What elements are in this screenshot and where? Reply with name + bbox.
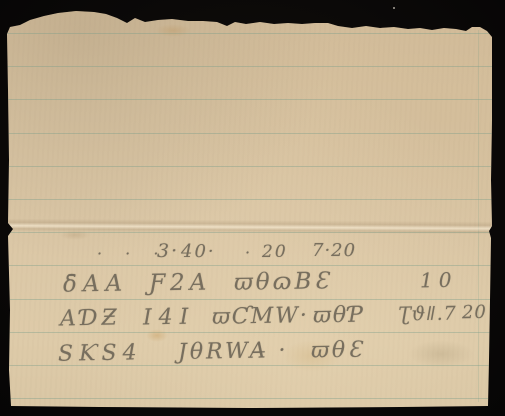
handwriting-line4-word: JθRWA̶ · bbox=[178, 338, 289, 365]
stain bbox=[155, 24, 191, 37]
dust-speck bbox=[393, 7, 395, 9]
ruled-line bbox=[0, 398, 505, 399]
note-paper: · · · 3· 40· · 20 7·20 δ̄AA Ƒ2A ϖθɷBƐ 10… bbox=[0, 0, 505, 416]
handwriting-line3-word: I4I bbox=[143, 305, 196, 331]
handwriting-line3-word: ϖθƤ bbox=[313, 303, 365, 329]
right-margin-rule bbox=[478, 30, 479, 402]
handwriting-line3-word: AƊƵ bbox=[60, 305, 121, 331]
handwriting-line1-number: 20 bbox=[262, 242, 288, 262]
handwriting-line2-word: δ̄AA bbox=[63, 270, 129, 297]
ruled-line bbox=[0, 66, 505, 67]
ruled-line bbox=[0, 299, 505, 300]
ruled-line bbox=[0, 33, 505, 34]
stain bbox=[146, 329, 168, 342]
handwriting-line3-word: ϖƇMW· bbox=[212, 303, 309, 330]
handwriting-line4-word: ϖθƐ bbox=[311, 338, 365, 364]
handwriting-line1-number: 3· bbox=[157, 240, 179, 262]
handwriting-line2-word: ϖθɷBƐ bbox=[234, 268, 332, 296]
ruled-line bbox=[0, 166, 505, 167]
stain bbox=[60, 230, 90, 240]
ruled-line bbox=[0, 99, 505, 100]
ruled-line bbox=[0, 332, 505, 333]
photo-background: · · · 3· 40· · 20 7·20 δ̄AA Ƒ2A ϖθɷBƐ 10… bbox=[0, 0, 505, 416]
handwriting-line3-word-number: Ʈϑǁ.7 bbox=[398, 302, 457, 325]
handwriting-line2-number: 10 bbox=[420, 268, 458, 293]
ruled-line bbox=[0, 265, 505, 266]
handwriting-line1-dot: · bbox=[245, 243, 250, 262]
ruled-line bbox=[0, 199, 505, 200]
ruled-line bbox=[0, 133, 505, 134]
handwriting-line4-word: SƘS4 bbox=[58, 340, 143, 366]
handwriting-line1-number: 7·20 bbox=[312, 240, 356, 261]
handwriting-line3-number: 20 bbox=[462, 302, 487, 323]
handwriting-line1-number: 40· bbox=[181, 241, 216, 262]
handwriting-line2-word: Ƒ2A bbox=[149, 269, 212, 296]
stain-smudge bbox=[408, 340, 474, 368]
